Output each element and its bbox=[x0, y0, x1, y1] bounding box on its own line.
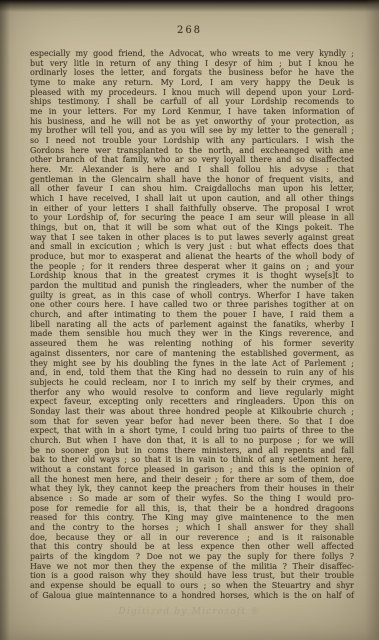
text-line: doe, because they or all in our reverenc… bbox=[30, 533, 354, 543]
text-line: tyme to make any return. My Lord, I am v… bbox=[30, 78, 354, 88]
text-line: guilty is great, as in this case of whol… bbox=[30, 291, 354, 301]
text-line: they might see by his doubling the fynes… bbox=[30, 359, 354, 369]
page-number: 268 bbox=[0, 25, 379, 36]
text-line: ordinarly loses the letter, and forgats … bbox=[30, 68, 354, 78]
text-line: in either of your letters I shall faithf… bbox=[30, 204, 354, 214]
text-line: be no sooner gon but in coms there minis… bbox=[30, 446, 354, 456]
text-line: but very litle in return of any thing I … bbox=[30, 59, 354, 69]
text-line: pleased with my procedeurs. I knou much … bbox=[30, 88, 354, 98]
text-line: made them sensible hou much they wer in … bbox=[30, 329, 354, 339]
text-line: reased for this contry. The King may giv… bbox=[30, 513, 354, 523]
text-line: and small in excicution ; which is very … bbox=[30, 242, 354, 252]
text-line: tion is a good raison why they should ha… bbox=[30, 571, 354, 581]
text-line: expect faveur, excepting only recetters … bbox=[30, 397, 354, 407]
text-line: what they lyk, they cannot keep the prea… bbox=[30, 484, 354, 494]
text-line: pardon the multitud and punish the ringl… bbox=[30, 281, 354, 291]
scan-edge-shadow-left bbox=[0, 0, 10, 640]
text-line: gentleman in the Glencairn shall have th… bbox=[30, 175, 354, 185]
text-line: Have we not mor then they the expense of… bbox=[30, 562, 354, 572]
text-line: asseured them he was relenting nothing o… bbox=[30, 339, 354, 349]
text-line: to your Lordship of, for securing the pe… bbox=[30, 213, 354, 223]
text-line: Sonday last their was about three hondre… bbox=[30, 407, 354, 417]
text-line: his business, and he will not be as yet … bbox=[30, 117, 354, 127]
text-line: other branch of that family, who ar so v… bbox=[30, 155, 354, 165]
text-line: and expense should be equall to ours ; s… bbox=[30, 581, 354, 591]
digitization-watermark: Digitized by Microsoft ® bbox=[0, 607, 379, 617]
text-line: Gordons here wer transplanted to the nor… bbox=[30, 146, 354, 156]
text-line: produce, but mor to exasperat and aliena… bbox=[30, 252, 354, 262]
text-line: church. But when I have don that, it is … bbox=[30, 436, 354, 446]
text-line: subjects he could recleam, nor I to inri… bbox=[30, 378, 354, 388]
text-line: here. Mr. Alexander is here and I shall … bbox=[30, 165, 354, 175]
text-line: that this contry should be at less expen… bbox=[30, 542, 354, 552]
text-line: and the contry to the horses ; which I s… bbox=[30, 523, 354, 533]
text-line: against dissenters, nor care of mantenin… bbox=[30, 349, 354, 359]
scan-edge-shadow-top bbox=[0, 0, 379, 12]
text-line: without a constant force pleased in gari… bbox=[30, 465, 354, 475]
text-line: ships testimony. I shall be carfull of a… bbox=[30, 97, 354, 107]
text-line: of Galoua giue maintennance to a hondred… bbox=[30, 591, 354, 601]
body-text: especially my good friend, the Advocat, … bbox=[30, 49, 354, 600]
text-line: so I need not trouble your Lordship with… bbox=[30, 136, 354, 146]
text-line: me in your letters. For my Lord Kenmur, … bbox=[30, 107, 354, 117]
text-line: the people ; for it renders three desper… bbox=[30, 262, 354, 272]
text-line: all other faveur I can shou him. Craigda… bbox=[30, 184, 354, 194]
scan-edge-shadow-right bbox=[365, 0, 379, 640]
text-line: expect, that with in a short tyme, I cou… bbox=[30, 426, 354, 436]
text-line: therfor any who would resolve to conform… bbox=[30, 388, 354, 398]
text-line: som that for seven year befor had never … bbox=[30, 417, 354, 427]
text-line: church, and after intimating to them the… bbox=[30, 310, 354, 320]
text-line: and, in end, told them that the King had… bbox=[30, 368, 354, 378]
text-line: Lordship knous that in the greatest crym… bbox=[30, 271, 354, 281]
text-line: bak to ther old ways ; so that it is in … bbox=[30, 455, 354, 465]
scanned-book-page: 268 especially my good friend, the Advoc… bbox=[0, 0, 379, 640]
text-line: one other cours here. I have called two … bbox=[30, 300, 354, 310]
text-line: especially my good friend, the Advocat, … bbox=[30, 49, 354, 59]
text-line: all the honest men here, and their desei… bbox=[30, 475, 354, 485]
text-line: which I have received, I shall lait ut u… bbox=[30, 194, 354, 204]
text-line: things, but on, that it will be som what… bbox=[30, 223, 354, 233]
text-line: absence : So made ar som of their wyfes.… bbox=[30, 494, 354, 504]
text-line: way that I see taken in other places is … bbox=[30, 233, 354, 243]
text-line: my brother will tell you, and as you wil… bbox=[30, 126, 354, 136]
text-line: pose for remedie for all this, is, that … bbox=[30, 504, 354, 514]
text-line: libell narating all the acts of parlemen… bbox=[30, 320, 354, 330]
text-line: pairts of the kingdom ? Doe not we pay t… bbox=[30, 552, 354, 562]
